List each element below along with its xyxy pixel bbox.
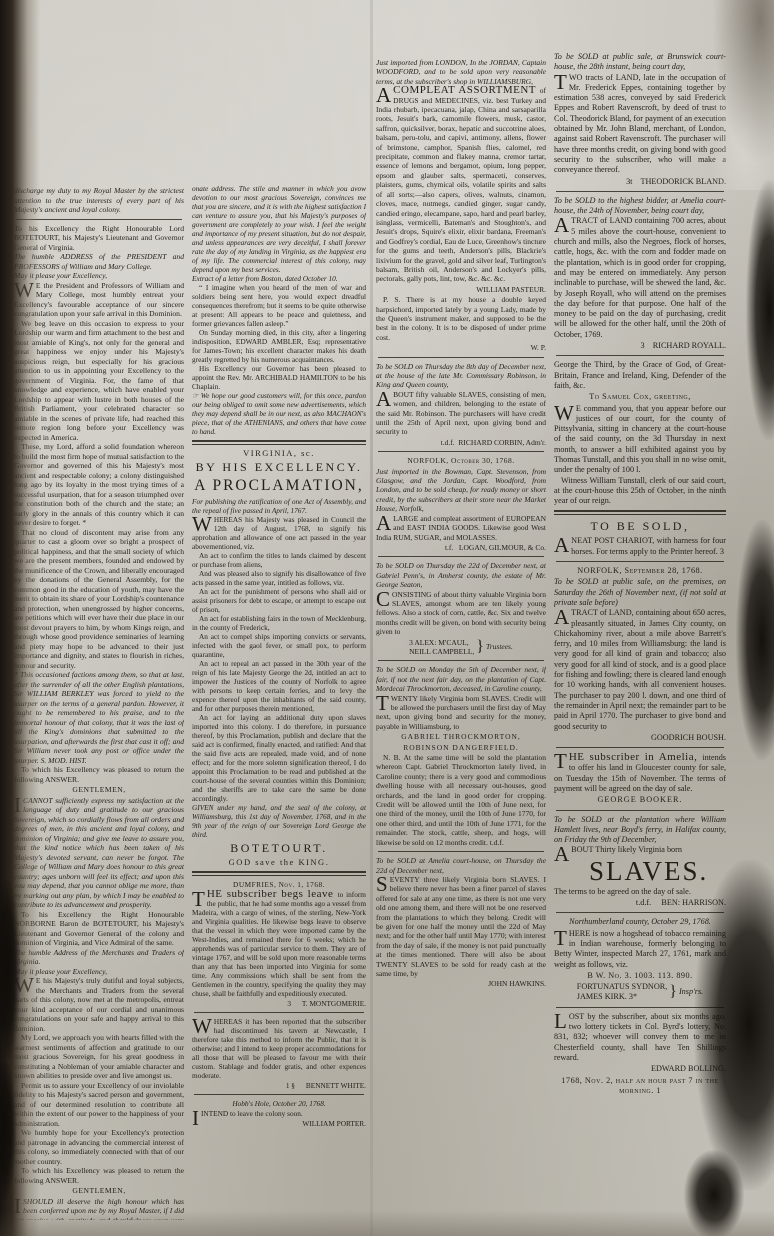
drop-cap: T (554, 929, 569, 947)
signature: WILLIAM PORTER. (192, 1119, 366, 1128)
lead-in-text: COMPLEAT ASSORTMENT (393, 84, 540, 96)
divider-double-rule (192, 440, 366, 445)
binding-ink-blot (0, 1060, 16, 1200)
drop-cap: T (554, 752, 569, 770)
ad-preamble: To be SOLD on Thursday the 8th day of De… (376, 362, 546, 390)
lead-in-text: HE subscriber in Amelia, (569, 751, 703, 763)
ad-title: TO BE SOLD, (554, 519, 726, 534)
signature: WILLIAM PASTEUR. (376, 285, 546, 294)
ad-preamble: Just imported from LONDON, In the JORDAN… (376, 58, 546, 86)
article-paragraph: ACOMPLEAT ASSORTMENT of DRUGS and MEDECI… (376, 86, 546, 284)
page-edge-tear (694, 860, 774, 1190)
article-paragraph: ABOUT fifty valuable SLAVES, consisting … (376, 390, 546, 437)
drop-cap: A (554, 216, 571, 234)
signature: GABRIEL THROCKMORTON, (376, 732, 546, 741)
ad-preamble: To be SOLD at Amelia court-house, on Thu… (376, 856, 546, 875)
ad-preamble: To be SOLD on Thursday the 22d of Decemb… (376, 561, 546, 589)
signature: 1 § BENNETT WHITE. (192, 1081, 366, 1090)
drop-cap: T (376, 694, 391, 712)
dateline: NORFOLK, September 28, 1768. (554, 566, 726, 576)
proclamation-title: A PROCLAMATION, (192, 477, 366, 495)
fragment-paragraph: onate address. The stile and manner in w… (192, 184, 366, 274)
newspaper-page: discharge my duty to my Royal Master by … (0, 0, 774, 1236)
divider-rule (194, 1012, 364, 1013)
article-paragraph: On Sunday morning died, in this city, af… (192, 328, 366, 364)
article-paragraph: ATRACT of LAND containing 700 acres, abo… (554, 216, 726, 340)
signature: JOHN HAWKINS. (376, 979, 546, 988)
article-paragraph: An act to confirm the titles to lands cl… (192, 551, 366, 569)
proclamation-heading: BY HIS EXCELLENCY. (192, 460, 366, 475)
article-paragraph: ALARGE and compleat assortment of EUROPE… (376, 514, 546, 542)
article-paragraph: WHEREAS his Majesty was pleased in Counc… (192, 515, 366, 551)
paper-crease (370, 0, 373, 1236)
article-paragraph: And was pleased also to signify his disa… (192, 569, 366, 587)
binding-ink-blot (0, 880, 20, 1060)
ad-preamble: Just imported in the Bowman, Capt. Steve… (376, 467, 546, 514)
drop-cap: T (554, 73, 569, 91)
divider-rule (378, 451, 544, 452)
article-paragraph: WE command you, that you appear before o… (554, 404, 726, 476)
article-paragraph: CONSISTING of about thirty valuable Virg… (376, 590, 546, 637)
signature: t.d.f. RICHARD CORBIN, Adm'r. (376, 438, 546, 447)
signature-group: 3 ALEX: M'CAUL,NEILL CAMPBELL,}Trustees. (376, 638, 546, 657)
drop-cap: C (376, 590, 392, 608)
divider-rule (378, 357, 544, 358)
article-paragraph: THE subscriber in Amelia, intends to off… (554, 752, 726, 794)
article-paragraph: ANEAT POST CHARIOT, with harness for fou… (554, 536, 726, 557)
divider-rule (556, 355, 724, 356)
signature: 3 ALEX: M'CAUL, (409, 638, 474, 647)
drop-cap: S (376, 875, 390, 893)
article-paragraph: IINTEND to leave the colony soon. (192, 1109, 366, 1118)
ad-preamble: To be SOLD at public sale, at Brunswick … (554, 52, 726, 73)
signature: GOODRICH BOUSH. (554, 733, 726, 743)
divider-rule (378, 556, 544, 557)
article-paragraph: An act for laying an additional duty upo… (192, 713, 366, 803)
writ-heading: George the Third, by the Grace of God, o… (554, 360, 726, 391)
signature: 3 RICHARD ROYALL. (554, 341, 726, 351)
writ-salutation: To Samuel Cox, greeting, (554, 392, 726, 402)
drop-cap: A (554, 608, 571, 626)
ad-preamble: To be SOLD at the plantation where Willi… (554, 815, 726, 846)
drop-cap: A (554, 845, 571, 863)
article-paragraph: His Excellency our Governor has been ple… (192, 364, 366, 391)
printers-notice: ☞ We hope our good customers will, for t… (192, 391, 366, 436)
article-paragraph: TWO tracts of LAND, late in the occupati… (554, 73, 726, 176)
page-edge-tear (746, 180, 774, 440)
signature: NEILL CAMPBELL, (409, 647, 474, 656)
ad-preamble: To be SOLD to the highest bidder, at Ame… (554, 196, 726, 217)
article-paragraph: TWENTY likely Virginia born SLAVES. Cred… (376, 694, 546, 732)
divider-double-rule (192, 871, 366, 876)
proclamation-place: VIRGINIA, sc. (192, 449, 366, 458)
drop-cap: L (554, 1012, 569, 1030)
god-save-the-king: GOD save the KING. (192, 858, 366, 867)
signature-role-label: Trustees. (486, 642, 513, 651)
divider-rule (16, 219, 182, 220)
article-paragraph: THE subscriber begs leave to inform the … (192, 890, 366, 998)
signature: GEORGE BOOKER. (554, 795, 726, 805)
article-paragraph: WHEREAS it has been reported that the su… (192, 1017, 366, 1080)
torn-corner (704, 0, 774, 190)
article-paragraph: ABOUT Thirty likely Virginia born (554, 845, 726, 855)
article-paragraph: Witness William Tunstall, clerk of our s… (554, 476, 726, 507)
column-2: onate address. The stile and manner in w… (192, 184, 366, 1224)
proclamation-attestation: GIVEN under my hand, and the seal of the… (192, 803, 366, 839)
signature: t.f. LOGAN, GILMOUR, & Co. (376, 543, 546, 552)
drop-cap: A (376, 86, 393, 104)
column-3: Just imported from LONDON, In the JORDAN… (376, 58, 546, 1224)
drop-cap: I (192, 1109, 201, 1127)
article-paragraph: SEVENTY three likely Virginia born SLAVE… (376, 875, 546, 978)
drop-cap: W (554, 404, 576, 422)
drop-cap: A (376, 390, 393, 408)
brace-glyph: } (669, 984, 677, 1000)
drop-cap: T (192, 890, 207, 908)
divider-double-rule (554, 510, 726, 515)
divider-rule (556, 747, 724, 748)
article-paragraph: P. S. There is at my house a double keye… (376, 295, 546, 342)
signature: JAMES KIRK. 3* (577, 992, 668, 1002)
signature: FORTUNATUS SYDNOR, (577, 982, 668, 992)
drop-cap: A (376, 514, 393, 532)
signature: W. P. (376, 343, 546, 352)
drop-cap: W (192, 1017, 214, 1035)
drop-cap: W (192, 515, 214, 533)
ad-preamble: To be SOLD at public sale, on the premis… (554, 577, 726, 608)
article-paragraph: An act for establishing fairs in the tow… (192, 614, 366, 632)
article-paragraph: ATRACT of LAND, containing about 650 acr… (554, 608, 726, 732)
bottom-shadow (0, 1210, 774, 1236)
divider-rule (194, 1094, 364, 1095)
divider-rule (556, 191, 724, 192)
ad-preamble: To be SOLD on Monday the 5th of December… (376, 665, 546, 693)
article-paragraph: “ I imagine when you heard of the men of… (192, 283, 366, 328)
signature: ROBINSON DANGERFIELD. (376, 743, 546, 752)
divider-rule (378, 660, 544, 661)
article-paragraph: N. B. At the same time will be sold the … (376, 753, 546, 847)
dateline: NORFOLK, October 30, 1768. (376, 456, 546, 465)
proclamation-signature: BOTETOURT. (192, 841, 366, 856)
divider-rule (378, 851, 544, 852)
page-edge-tear (736, 520, 774, 760)
article-paragraph: An act to compel ships importing convict… (192, 632, 366, 659)
divider-rule (556, 561, 724, 562)
lead-in-text: HE subscriber begs leave (207, 888, 338, 900)
article-paragraph: An act to repeal an act passed in the 30… (192, 659, 366, 713)
drop-cap: A (554, 536, 571, 554)
proclamation-subtitle: For publishing the ratification of one A… (192, 497, 366, 515)
divider-rule (556, 810, 724, 811)
signature: 3t THEODORICK BLAND. (554, 177, 726, 187)
dateline: Hobb's Hole, October 20, 1768. (192, 1099, 366, 1108)
article-paragraph: An act for the punishment of persons who… (192, 587, 366, 614)
brace-glyph: } (476, 639, 484, 655)
signature: 3 T. MONTGOMERIE. (192, 999, 366, 1008)
letter-dateline: Extract of a letter from Boston, dated O… (192, 274, 366, 283)
